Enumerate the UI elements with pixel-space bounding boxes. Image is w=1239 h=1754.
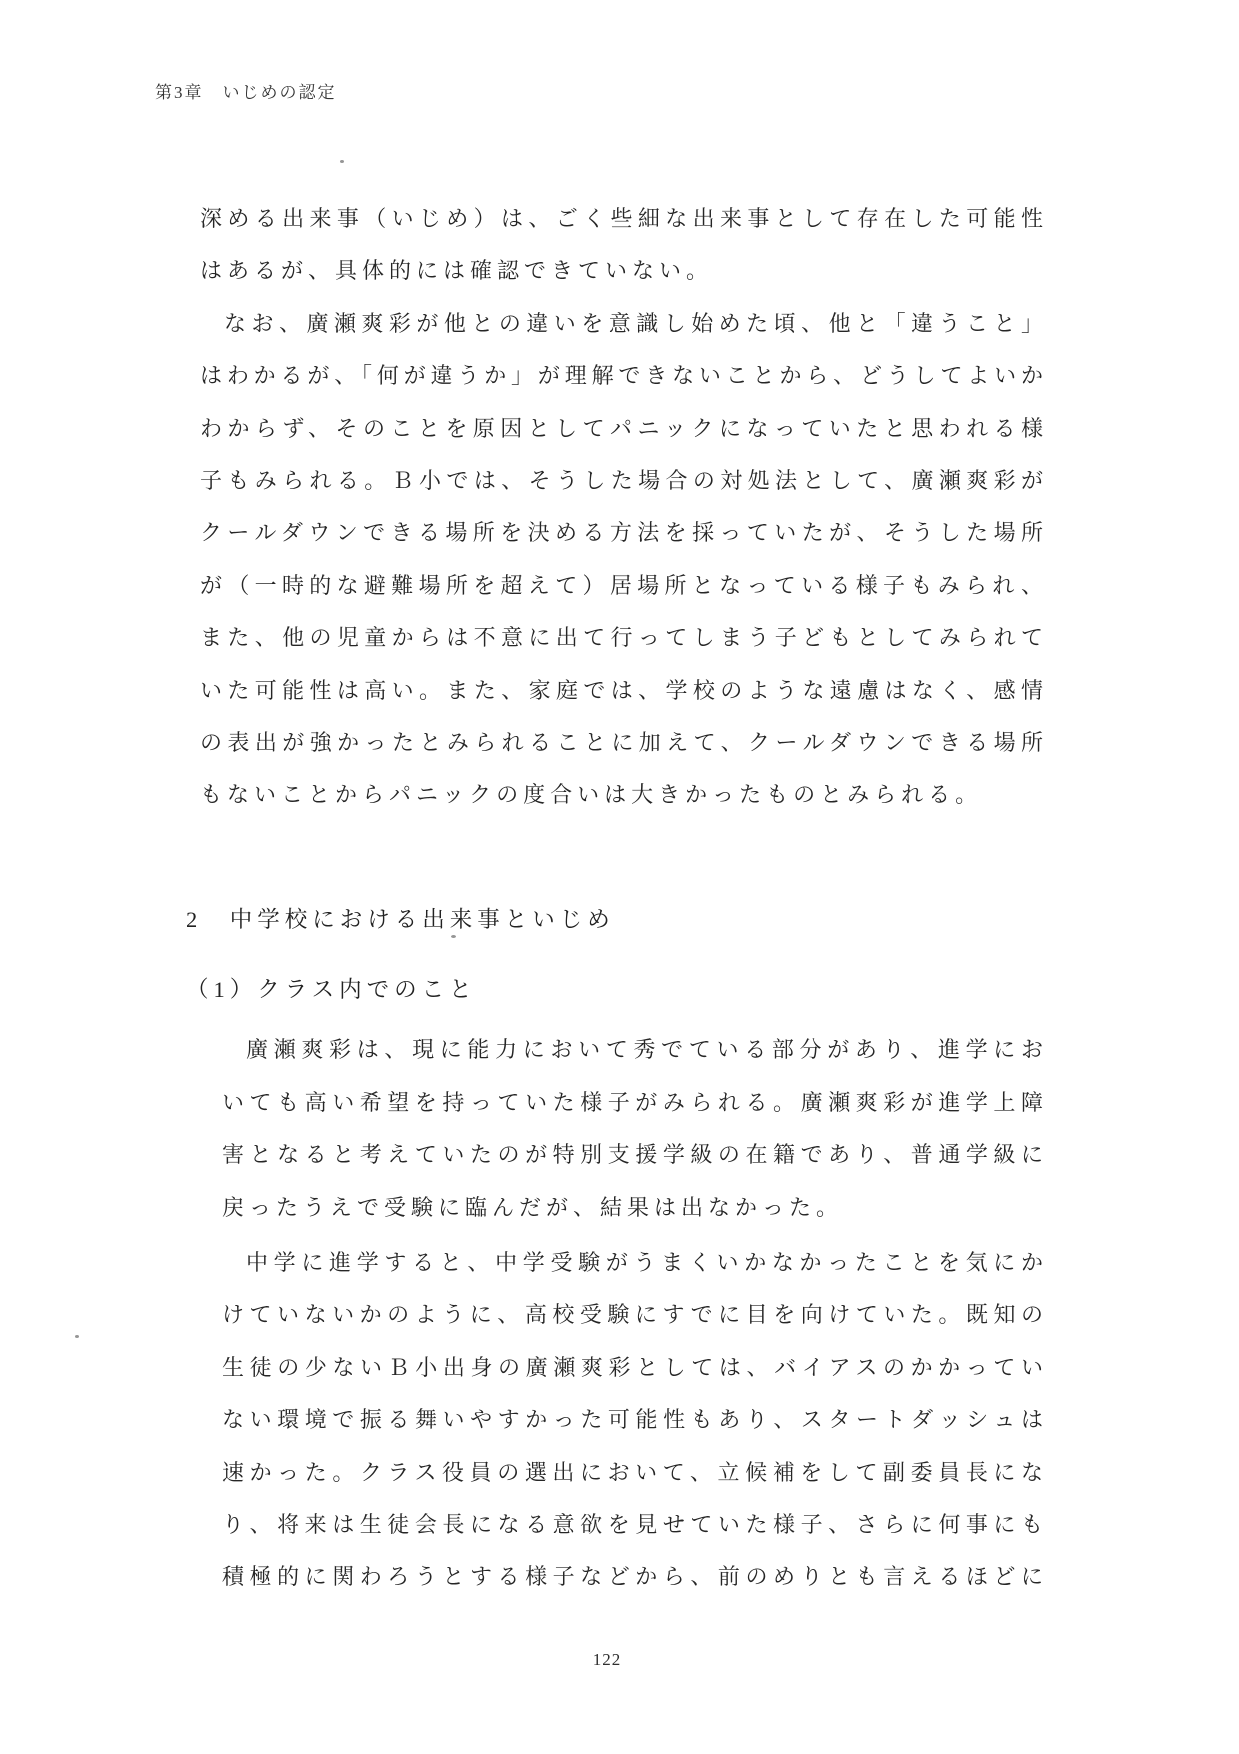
text-line: 戻ったうえで受験に臨んだが、結果は出なかった。 (222, 1193, 1045, 1245)
paragraph: 深める出来事（いじめ）は、ごく些細な出来事として存在した可能性はあるが、具体的に… (200, 204, 1045, 309)
document-body: 深める出来事（いじめ）は、ごく些細な出来事として存在した可能性はあるが、具体的に… (200, 204, 1045, 1615)
text-line: り、将来は生徒会長になる意欲を見せていた様子、さらに何事にも (222, 1510, 1045, 1562)
subsection-heading: （1）クラス内でのこと (186, 975, 1045, 1027)
text-line: いた可能性は高い。また、家庭では、学校のような遠慮はなく、感情 (200, 676, 1045, 728)
text-line: けていないかのように、高校受験にすでに目を向けていた。既知の (222, 1300, 1045, 1352)
text-line: ない環境で振る舞いやすかった可能性もあり、スタートダッシュは (222, 1405, 1045, 1457)
text-line: 害となると考えていたのが特別支援学級の在籍であり、普通学級に (222, 1140, 1045, 1192)
text-line: はわかるが、「何が違うか」が理解できないことから、どうしてよいか (200, 361, 1045, 413)
text-line: はあるが、具体的には確認できていない。 (200, 256, 1045, 308)
text-line: の表出が強かったとみられることに加えて、クールダウンできる場所 (200, 728, 1045, 780)
scan-artifact-speck (340, 160, 344, 163)
text-line: 廣瀬爽彩は、現に能力において秀でている部分があり、進学にお (222, 1035, 1045, 1087)
text-line: 速かった。クラス役員の選出において、立候補をして副委員長にな (222, 1458, 1045, 1510)
text-line: また、他の児童からは不意に出て行ってしまう子どもとしてみられて (200, 623, 1045, 675)
page-number: 122 (0, 1650, 1214, 1670)
text-line: わからず、そのことを原因としてパニックになっていたと思われる様 (200, 414, 1045, 466)
scan-artifact-speck (451, 935, 456, 938)
text-line: 深める出来事（いじめ）は、ごく些細な出来事として存在した可能性 (200, 204, 1045, 256)
paragraph: 廣瀬爽彩は、現に能力において秀でている部分があり、進学においても高い希望を持って… (222, 1035, 1045, 1245)
text-line: クールダウンできる場所を決める方法を採っていたが、そうした場所 (200, 518, 1045, 570)
text-line: 子もみられる。Ｂ小では、そうした場合の対処法として、廣瀬爽彩が (200, 466, 1045, 518)
text-line: もないことからパニックの度合いは大きかったものとみられる。 (200, 780, 1045, 832)
scan-artifact-speck (75, 1335, 79, 1338)
text-line: が（一時的な避難場所を超えて）居場所となっている様子もみられ、 (200, 571, 1045, 623)
paragraph: なお、廣瀬爽彩が他との違いを意識し始めた頃、他と「違うこと」はわかるが、「何が違… (200, 309, 1045, 833)
text-line: 生徒の少ないＢ小出身の廣瀬爽彩としては、バイアスのかかってい (222, 1353, 1045, 1405)
text-line: 積極的に関わろうとする様子などから、前のめりとも言えるほどに (222, 1562, 1045, 1614)
paragraph: 中学に進学すると、中学受験がうまくいかなかったことを気にかけていないかのように、… (222, 1248, 1045, 1615)
section-heading: 2 中学校における出来事といじめ (186, 905, 1045, 957)
text-line: いても高い希望を持っていた様子がみられる。廣瀬爽彩が進学上障 (222, 1088, 1045, 1140)
text-line: 中学に進学すると、中学受験がうまくいかなかったことを気にか (222, 1248, 1045, 1300)
text-line: なお、廣瀬爽彩が他との違いを意識し始めた頃、他と「違うこと」 (200, 309, 1045, 361)
chapter-header: 第3章 いじめの認定 (155, 78, 337, 103)
